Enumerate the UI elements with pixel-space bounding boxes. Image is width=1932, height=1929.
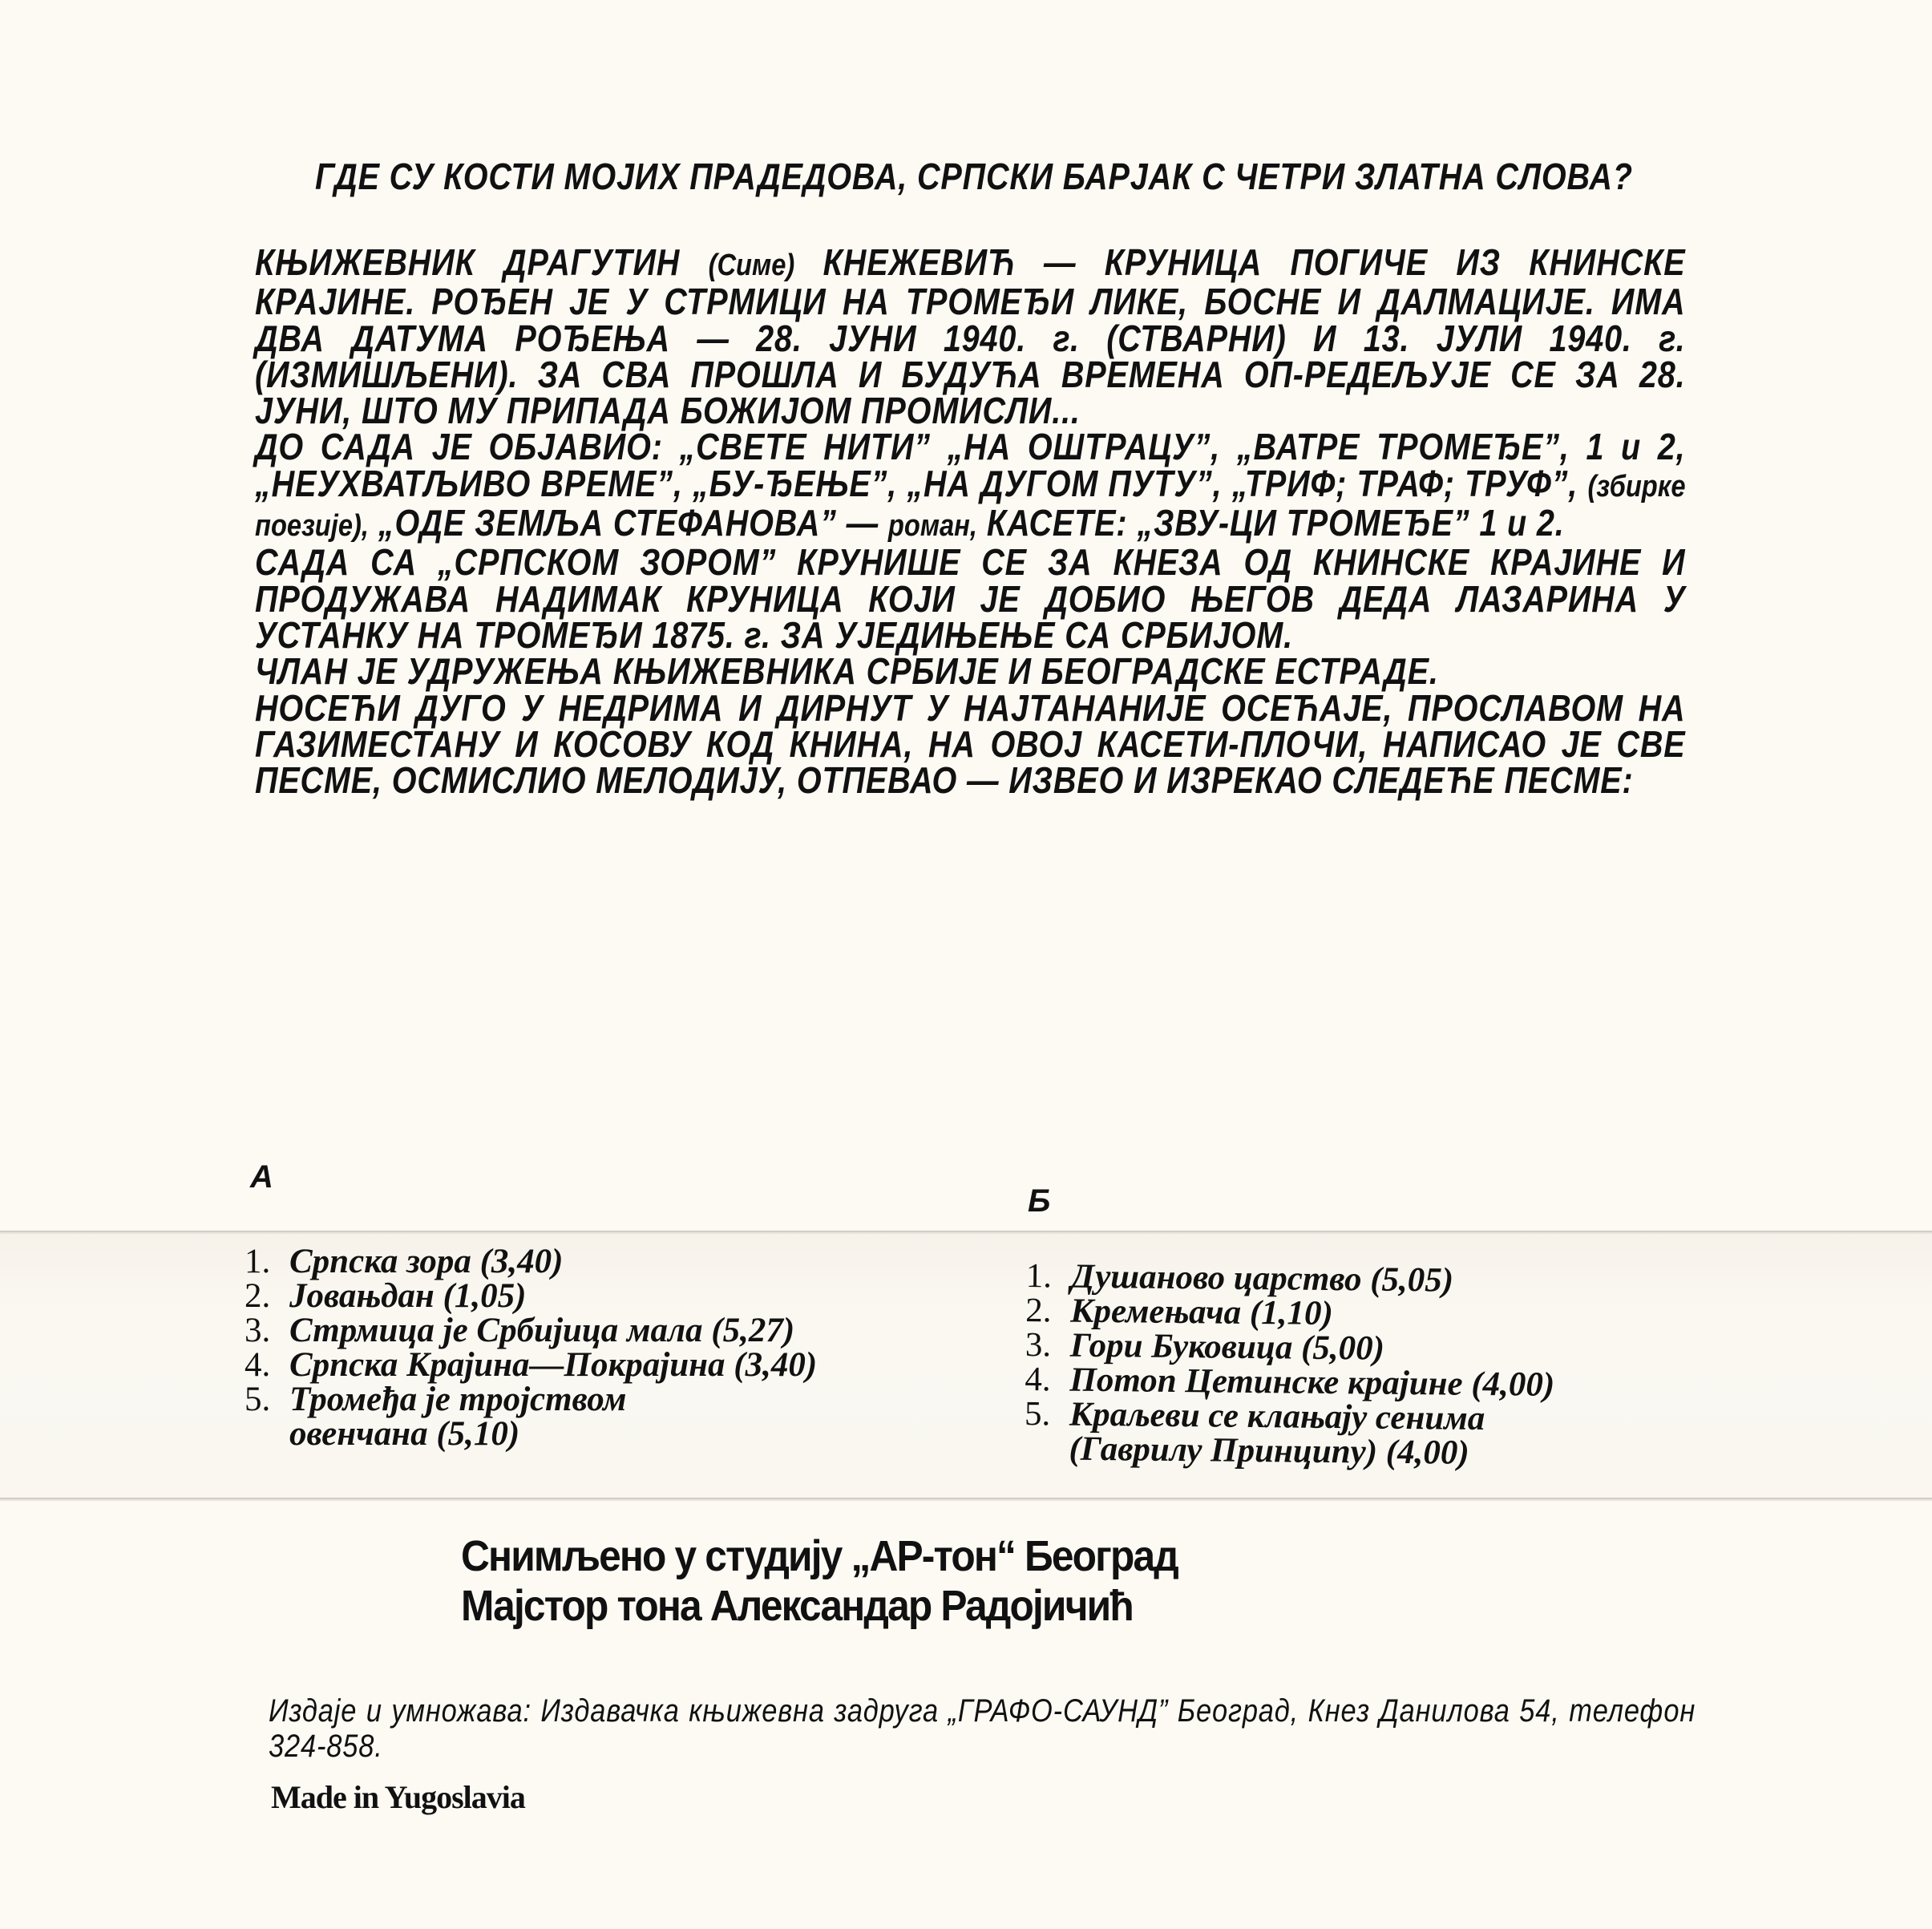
side-a-tracklist: 1.Српска зора (3,40) 2.Јовањдан (1,05) 3… (245, 1244, 1038, 1451)
track-item: 2.Јовањдан (1,05) (245, 1279, 1038, 1313)
bio-text: КЊИЖЕВНИК ДРАГУТИН (255, 241, 709, 283)
track-number: 4. (1025, 1362, 1069, 1397)
cassette-inlay: ГДЕ СУ КОСТИ МОЈИХ ПРАДЕДОВА, СРПСКИ БАР… (0, 0, 1932, 1929)
sound-engineer: Мајстор тона Александар Радојичић (461, 1581, 1376, 1631)
track-item: 3.Стрмица је Србијица мала (5,27) (245, 1313, 1038, 1348)
track-number: 5. (245, 1382, 289, 1451)
track-item: 5.Тромеђа је тројством овенчана (5,10) (245, 1382, 1038, 1451)
fold-line-bottom (0, 1498, 1932, 1501)
side-b-tracklist: 1.Душаново царство (5,05) 2.Кремењача (1… (1024, 1259, 1748, 1473)
author-biography: КЊИЖЕВНИК ДРАГУТИН (Симе) КНЕЖЕВИЋ — КРУ… (255, 245, 1686, 799)
bio-text: КАСЕТЕ: „ЗВУ-ЦИ ТРОМЕЂЕ” 1 и 2. (977, 502, 1565, 544)
track-title: Јовањдан (1,05) (289, 1279, 526, 1313)
track-item: 4.Српска Крајина—Покрајина (3,40) (245, 1348, 1038, 1382)
track-number: 2. (245, 1279, 289, 1313)
made-in-label: Made in Yugoslavia (271, 1778, 525, 1816)
side-a-label: А (250, 1159, 273, 1195)
track-title: Тромеђа је тројством овенчана (5,10) (289, 1382, 627, 1451)
bio-paragraph-3: САДА СА „СРПСКОМ ЗОРОМ” КРУНИШЕ СЕ ЗА КН… (255, 544, 1686, 653)
bio-text: „ОДЕ ЗЕМЉА СТЕФАНОВА” — (369, 502, 888, 544)
track-item: 1.Српска зора (3,40) (245, 1244, 1038, 1279)
track-number: 1. (245, 1244, 289, 1279)
track-title: Српска зора (3,40) (289, 1244, 564, 1279)
track-number: 3. (1025, 1328, 1070, 1363)
bio-paragraph-4: ЧЛАН ЈЕ УДРУЖЕЊА КЊИЖЕВНИКА СРБИЈЕ И БЕО… (255, 653, 1686, 690)
track-item: 5.Краљеви се клањају сенима (Гаврилу При… (1024, 1397, 1746, 1473)
track-title: Стрмица је Србијица мала (5,27) (289, 1313, 794, 1348)
bio-paragraph-2: ДО САДА ЈЕ ОБЈАВИО: „СВЕТЕ НИТИ” „НА ОШТ… (255, 429, 1686, 544)
track-title: Гори Буковица (5,00) (1070, 1328, 1385, 1366)
track-title: Кремењача (1,10) (1070, 1294, 1333, 1331)
bio-paragraph-5: НОСЕЋИ ДУГО У НЕДРИМА И ДИРНУТ У НАЈТАНА… (255, 690, 1686, 799)
bio-text-small: роман, (888, 509, 977, 543)
side-b-label: Б (1028, 1183, 1050, 1219)
track-title: Српска Крајина—Покрајина (3,40) (289, 1348, 817, 1382)
track-number: 1. (1026, 1259, 1071, 1294)
recording-credits: Снимљено у студију „АР-тон“ Београд Мајс… (461, 1531, 1376, 1631)
publisher-info: Издаје и умножава: Издавачка књижевна за… (269, 1693, 1696, 1764)
bio-text-small: (Симе) (709, 249, 795, 282)
heading: ГДЕ СУ КОСТИ МОЈИХ ПРАДЕДОВА, СРПСКИ БАР… (265, 156, 1683, 196)
bio-text: ДО САДА ЈЕ ОБЈАВИО: „СВЕТЕ НИТИ” „НА ОШТ… (255, 426, 1686, 503)
track-number: 5. (1024, 1397, 1069, 1466)
fold-line-top (0, 1231, 1932, 1234)
track-number: 4. (245, 1348, 289, 1382)
track-title: Краљеви се клањају сенима (Гаврилу Принц… (1069, 1397, 1485, 1470)
bio-paragraph-1: КЊИЖЕВНИК ДРАГУТИН (Симе) КНЕЖЕВИЋ — КРУ… (255, 245, 1686, 429)
track-number: 2. (1025, 1293, 1070, 1328)
recording-studio: Снимљено у студију „АР-тон“ Београд (461, 1531, 1376, 1581)
track-number: 3. (245, 1313, 289, 1348)
